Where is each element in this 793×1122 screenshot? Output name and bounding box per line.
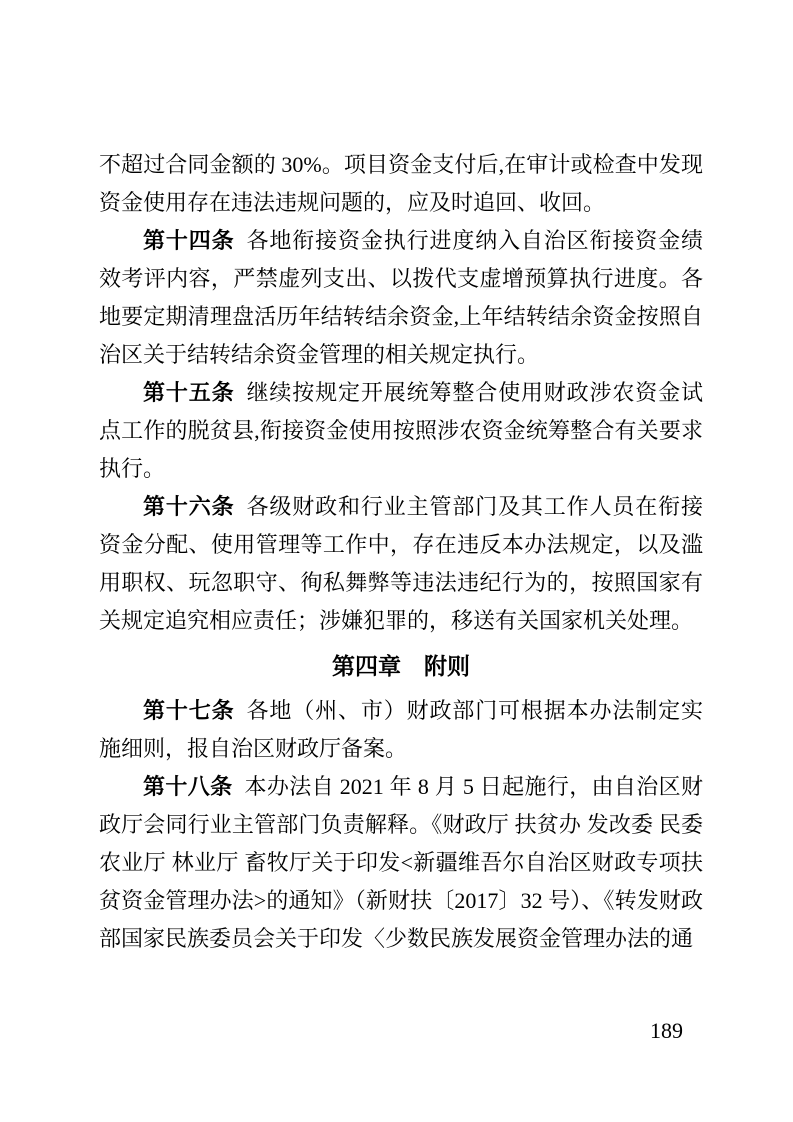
article-17-label: 第十七条 (143, 698, 234, 723)
article-paragraph-15: 第十五条继续按规定开展统筹整合使用财政涉农资金试点工作的脱贫县,衔接资金使用按照… (99, 374, 703, 488)
article-14-label: 第十四条 (143, 228, 234, 253)
article-16-label: 第十六条 (143, 494, 234, 519)
article-15-label: 第十五条 (143, 380, 234, 405)
article-paragraph-18: 第十八条本办法自 2021 年 8 月 5 日起施行，由自治区财政厅会同行业主管… (99, 768, 703, 958)
document-content: 不超过合同金额的 30%。项目资金支付后,在审计或检查中发现资金使用存在违法违规… (99, 146, 703, 958)
article-paragraph-16: 第十六条各级财政和行业主管部门及其工作人员在衔接资金分配、使用管理等工作中，存在… (99, 488, 703, 640)
document-page: 不超过合同金额的 30%。项目资金支付后,在审计或检查中发现资金使用存在违法违规… (0, 0, 793, 1122)
article-18-label: 第十八条 (143, 774, 232, 799)
article-18-text: 本办法自 2021 年 8 月 5 日起施行，由自治区财政厅会同行业主管部门负责… (99, 774, 703, 951)
page-number: 189 (650, 1016, 683, 1046)
article-paragraph-17: 第十七条各地（州、市）财政部门可根据本办法制定实施细则，报自治区财政厅备案。 (99, 692, 703, 768)
continuation-paragraph: 不超过合同金额的 30%。项目资金支付后,在审计或检查中发现资金使用存在违法违规… (99, 146, 703, 222)
chapter-heading: 第四章 附则 (99, 647, 703, 685)
article-paragraph-14: 第十四条各地衔接资金执行进度纳入自治区衔接资金绩效考评内容，严禁虚列支出、以拨代… (99, 222, 703, 374)
